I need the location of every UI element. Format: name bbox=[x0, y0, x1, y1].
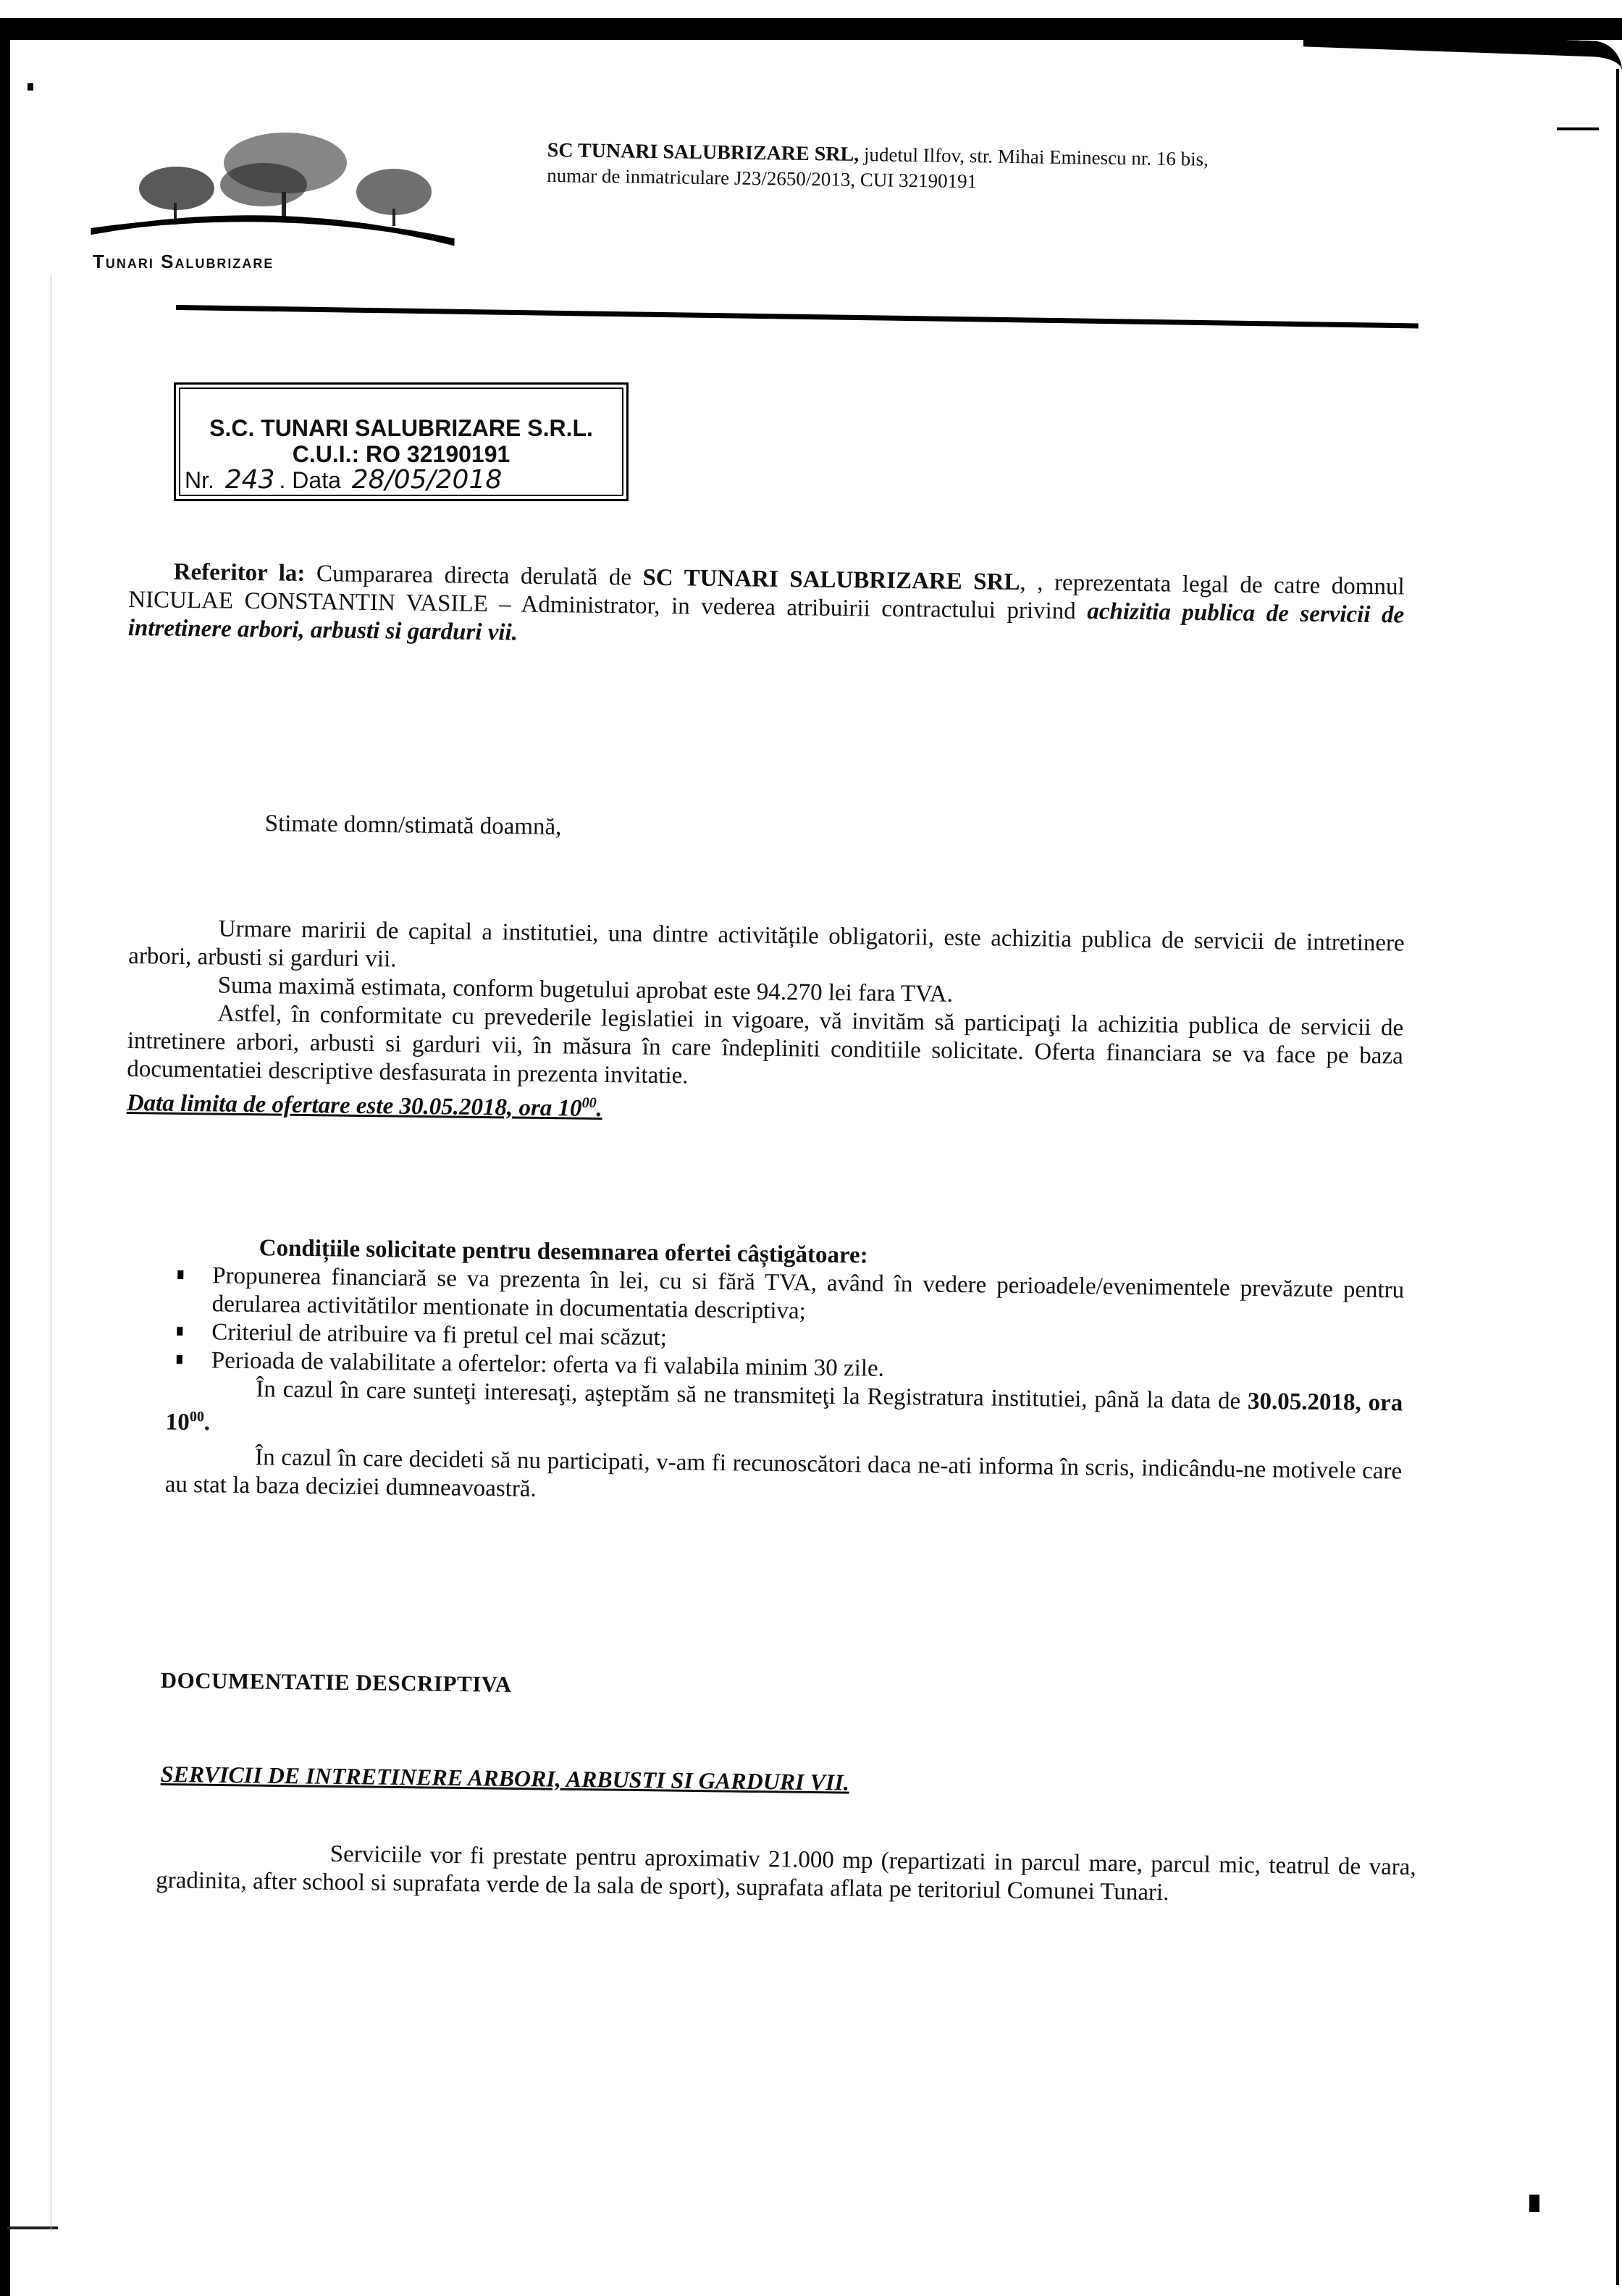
header-company-name: SC TUNARI SALUBRIZARE SRL, bbox=[547, 139, 860, 166]
documentation-text: Serviciile vor fi prestate pentru aproxi… bbox=[156, 1838, 1416, 1910]
section-subtitle: SERVICII DE INTRETINERE ARBORI, ARBUSTI … bbox=[161, 1761, 850, 1796]
reference-text: Cumpararea directa derulată de bbox=[305, 561, 643, 591]
paragraph-invitation: Astfel, în conformitate cu prevederile l… bbox=[127, 999, 1403, 1099]
scan-mark bbox=[28, 83, 33, 91]
stamp-company: S.C. TUNARI SALUBRIZARE S.R.L. bbox=[180, 415, 622, 441]
conditions-list: Propunerea financiară se va prezenta în … bbox=[127, 1261, 1405, 1390]
stamp-nr-label: Nr. bbox=[185, 467, 221, 493]
scan-mark bbox=[1557, 127, 1599, 130]
stamp-number-date: Nr. 243. Data 28/05/2018 bbox=[180, 467, 622, 493]
scan-margin-line bbox=[51, 275, 51, 2231]
documentation-subtitle: SERVICII DE INTRETINERE ARBORI, ARBUSTI … bbox=[161, 1760, 1437, 1805]
stamp-data-label: . Data bbox=[280, 467, 348, 493]
conditions-block: Condițiile solicitate pentru desemnarea … bbox=[126, 1233, 1405, 1514]
stamp-date-value: 28/05/2018 bbox=[348, 465, 507, 496]
scan-border-left bbox=[0, 18, 10, 2296]
trees-on-hill-icon bbox=[46, 123, 510, 246]
deadline-text: Data limita de ofertare este 30.05.2018,… bbox=[127, 1090, 582, 1122]
closing-paragraph-2: În cazul în care decideti să nu particip… bbox=[126, 1442, 1403, 1514]
closing-end: . bbox=[204, 1409, 211, 1436]
invitation-body: Urmare maririi de capital a institutiei,… bbox=[127, 914, 1405, 1134]
reference-block: Referitor la: Cumpararea directa derulat… bbox=[128, 558, 1405, 658]
header-divider bbox=[176, 305, 1419, 328]
stamp-nr-value: 243 bbox=[221, 465, 280, 496]
documentation-title: DOCUMENTATIE DESCRIPTIVA bbox=[161, 1666, 1437, 1711]
registration-stamp: S.C. TUNARI SALUBRIZARE S.R.L. C.U.I.: R… bbox=[174, 382, 629, 501]
company-header: SC TUNARI SALUBRIZARE SRL, judetul Ilfov… bbox=[547, 138, 1209, 197]
reference-company: SC TUNARI SALUBRIZARE SRL bbox=[642, 565, 1020, 595]
reference-label: Referitor la: bbox=[174, 559, 306, 587]
logo-text: Tunari Salubrizare bbox=[93, 251, 274, 273]
section-title: DOCUMENTATIE DESCRIPTIVA bbox=[161, 1667, 512, 1697]
deadline-minutes: 00 bbox=[582, 1095, 597, 1111]
scan-border-right bbox=[1616, 69, 1619, 2285]
stamp-cui: C.U.I.: RO 32190191 bbox=[180, 441, 622, 467]
deadline-end: . bbox=[596, 1096, 602, 1122]
greeting: Stimate domn/stimată doamnă, bbox=[265, 810, 844, 845]
header-address: judetul Ilfov, str. Mihai Eminescu nr. 1… bbox=[859, 143, 1209, 170]
company-logo bbox=[46, 123, 235, 246]
scan-mark bbox=[1529, 2195, 1539, 2212]
closing-minutes: 00 bbox=[190, 1409, 204, 1425]
